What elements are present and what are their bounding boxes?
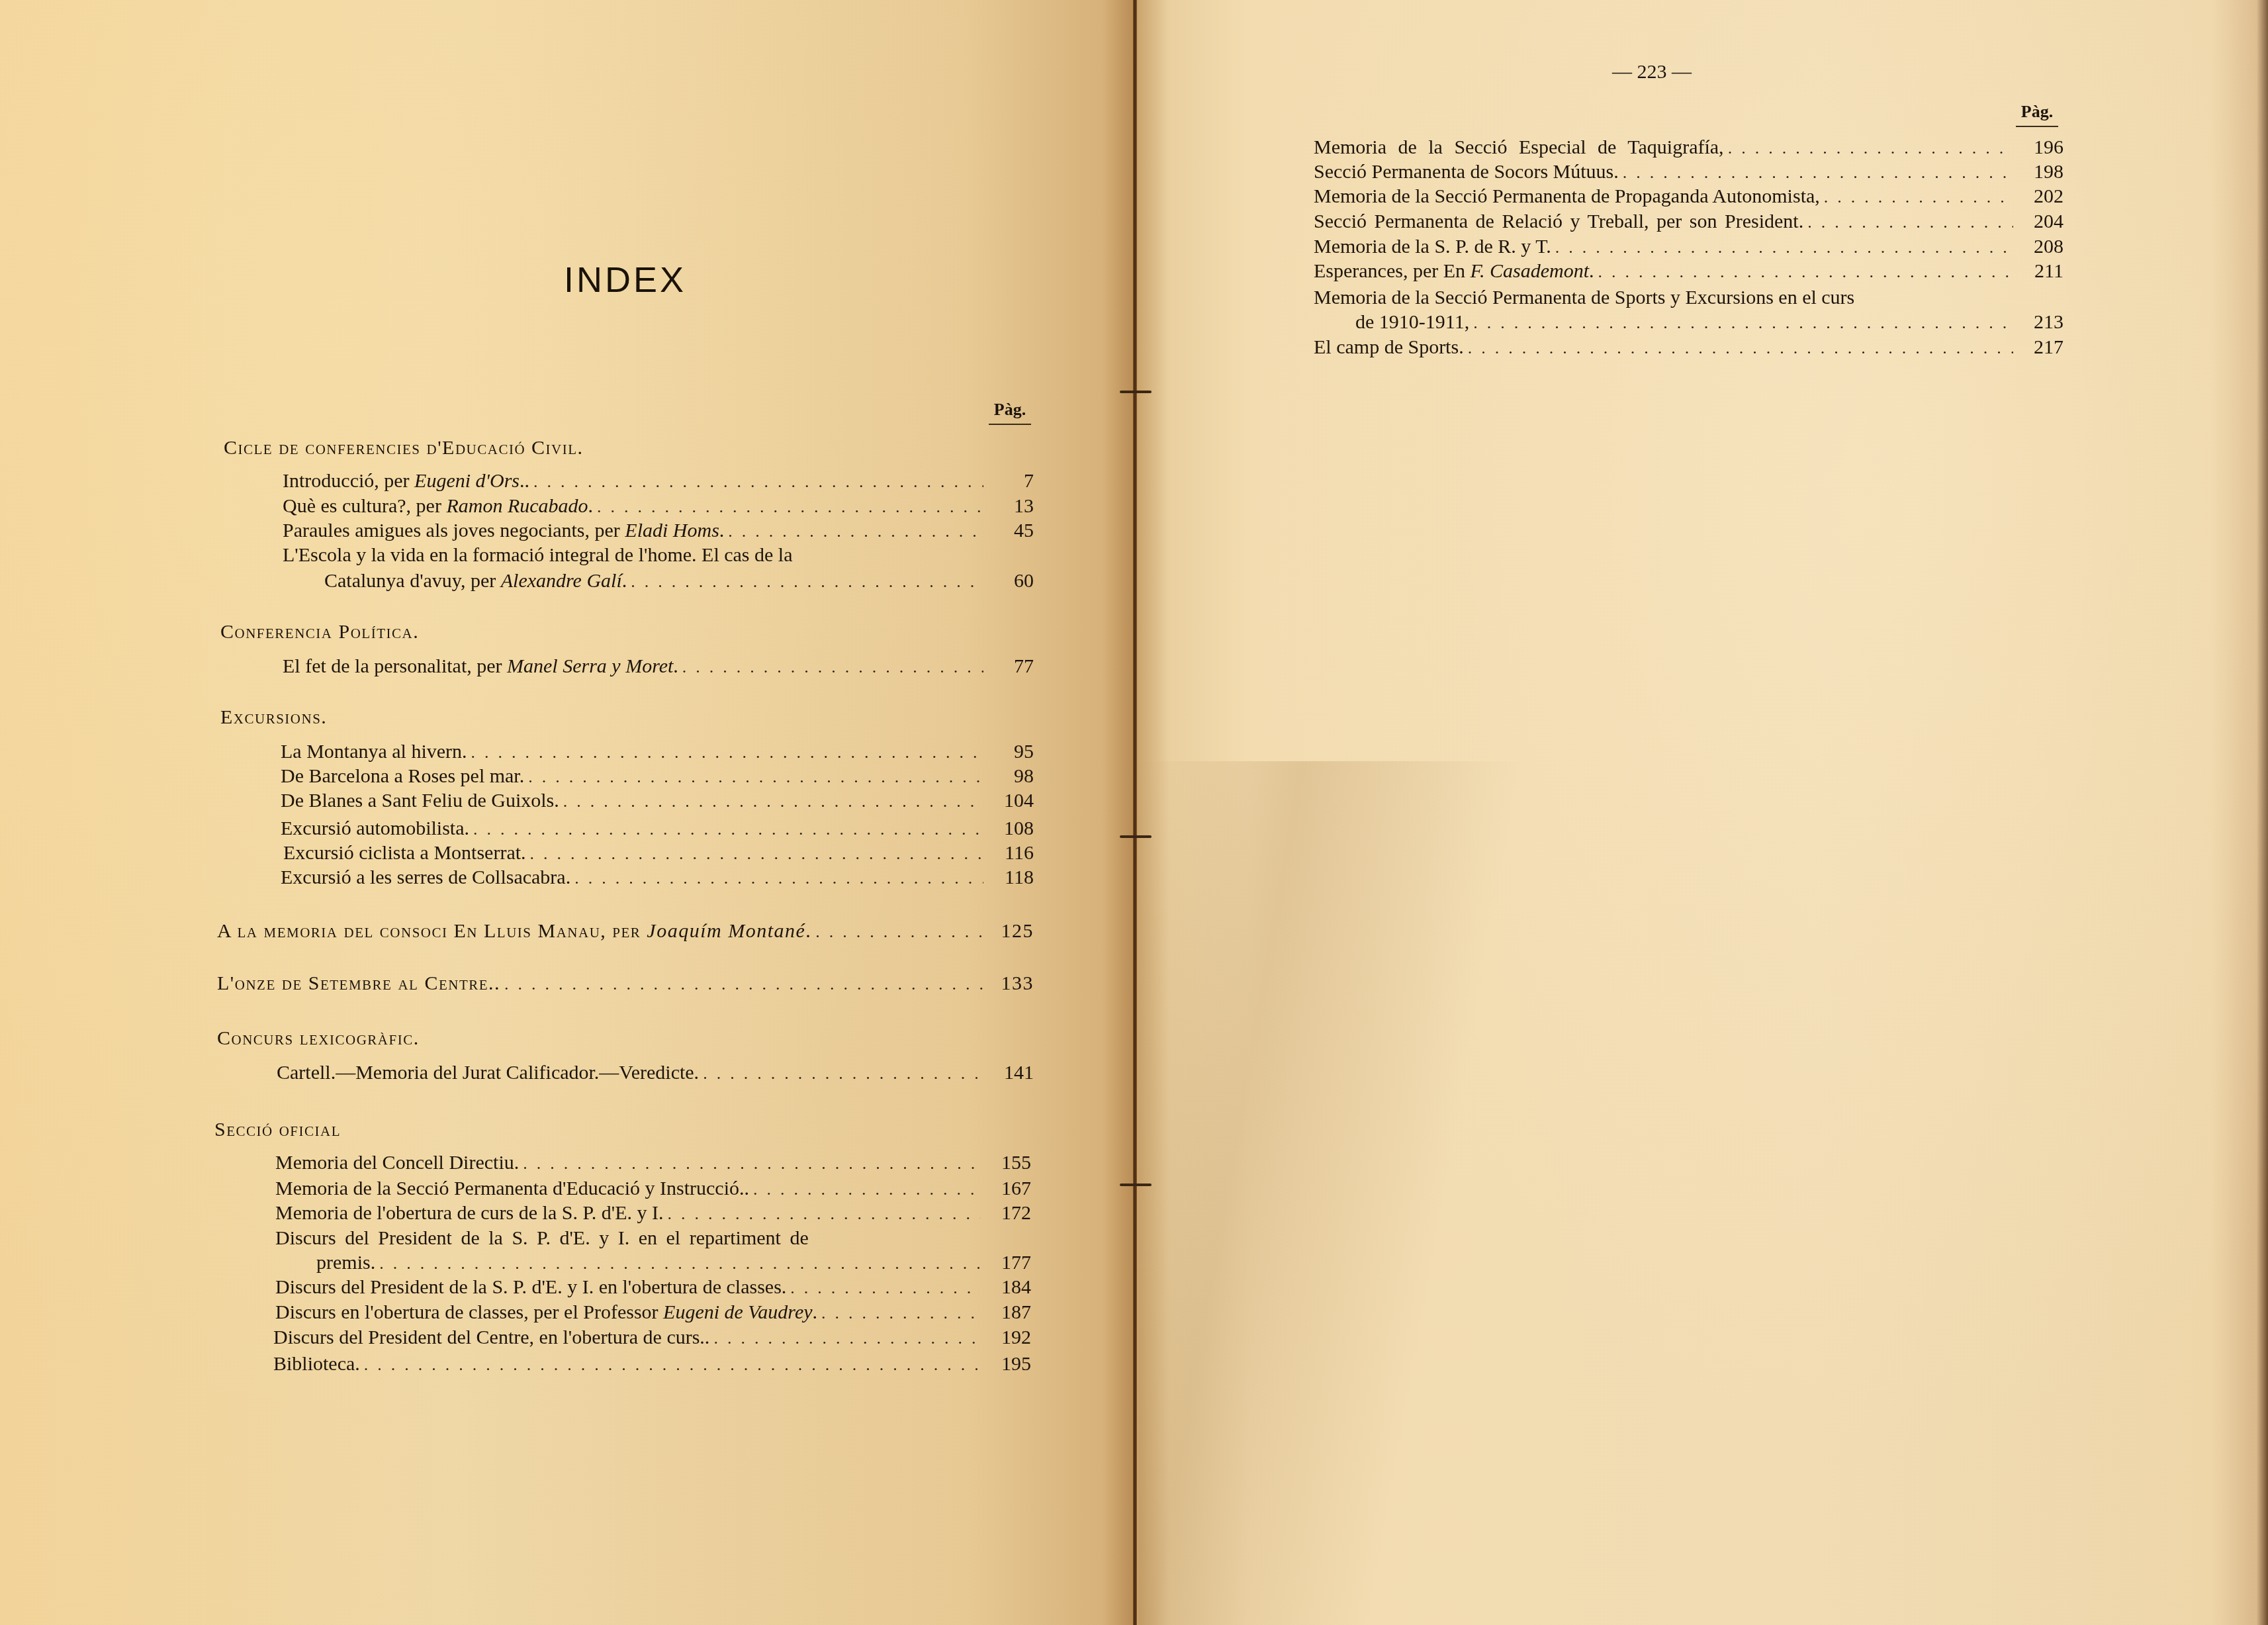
binding-stitch (1120, 835, 1152, 838)
dot-leader: ........................................… (753, 1180, 981, 1199)
entry-title: De Blanes a Sant Feliu de Guixols. (281, 790, 559, 812)
entry-title: L'onze de Setembre al Centre.. (217, 972, 500, 995)
dot-leader: ........................................… (1728, 138, 2013, 158)
entry-author: Ramon Rucabado (446, 495, 588, 517)
page-number: 108 (987, 817, 1034, 840)
entry-title: El camp de Sports. (1314, 336, 1464, 359)
entry-title: A la memoria del consoci En Lluis Manau,… (217, 920, 647, 942)
entry-title: de 1910-1911, (1355, 311, 1469, 334)
entry-title: L'Escola y la vida en la formació integr… (283, 544, 793, 567)
entry-title: Memoria de la Secció Permanenta de Propa… (1314, 185, 1820, 208)
dot-leader: ........................................… (1598, 262, 2013, 282)
entry-title: Memoria de la Secció Especial de Taquigr… (1314, 136, 1724, 159)
entry-title: La Montanya al hivern. (281, 741, 467, 763)
binding-stitch (1120, 391, 1152, 393)
entry-punct: . (805, 920, 811, 942)
dot-leader: ........................................… (815, 922, 983, 942)
dot-leader: ........................................… (1824, 187, 2013, 207)
dot-leader: ........................................… (821, 1303, 981, 1323)
entry-punct: . (673, 655, 678, 677)
binding-stitch (1120, 1184, 1152, 1186)
toc-entry[interactable]: Discurs del President del Centre, en l'o… (273, 1326, 1031, 1349)
entry-title: Paraules amigues als joves negociants, p… (283, 520, 625, 541)
entry-author: Eladi Homs (625, 520, 719, 541)
page-number: 141 (987, 1062, 1034, 1084)
toc-entry[interactable]: Memoria del Concell Directiu. ..........… (275, 1152, 1031, 1174)
page-number: 125 (987, 920, 1034, 943)
entry-author: Manel Serra y Moret (507, 655, 673, 677)
page-number: 116 (987, 842, 1034, 864)
entry-title: Discurs del President de la S. P. d'E. y… (275, 1227, 809, 1250)
toc-entry[interactable]: Excursió a les serres de Collsacabra. ..… (281, 866, 1034, 889)
entry-title: Memoria de la Secció Permanenta d'Educac… (275, 1178, 749, 1200)
toc-entry[interactable]: El fet de la personalitat, per Manel Ser… (283, 655, 1034, 678)
dot-leader: ........................................… (471, 743, 983, 763)
toc-entry[interactable]: Memoria de la Secció Permanenta de Propa… (1314, 185, 2064, 208)
entry-title: Discurs en l'obertura de classes, per el… (275, 1301, 663, 1323)
entry-title: El fet de la personalitat, per (283, 655, 507, 677)
page-number: 208 (2017, 236, 2064, 258)
page-number: 98 (987, 765, 1034, 788)
dot-leader: ........................................… (1623, 163, 2013, 183)
entry-title: Memoria de la S. P. de R. y T. (1314, 236, 1551, 258)
dot-leader: ........................................… (728, 522, 983, 541)
page-column-label: Pàg. (989, 400, 1031, 425)
dot-leader: ........................................… (1473, 313, 2013, 333)
page-number: 213 (2017, 311, 2064, 334)
entry-punct: . (622, 570, 627, 592)
dot-leader: ........................................… (523, 1154, 981, 1174)
entry-punct: .. (520, 470, 529, 492)
page-number: 195 (985, 1353, 1031, 1375)
entry-title: Memoria del Concell Directiu. (275, 1152, 519, 1174)
entry-title: premis. (316, 1252, 375, 1274)
page-number: 77 (987, 655, 1034, 678)
page-number: 204 (2017, 210, 2064, 233)
toc-entry[interactable]: Secció Permanenta de Relació y Treball, … (1314, 210, 2064, 233)
dot-leader: ........................................… (364, 1355, 981, 1375)
section-heading: Secció oficial (214, 1119, 341, 1141)
entry-title: Catalunya d'avuy, per (324, 570, 501, 592)
section-heading: Concurs lexicogràfic. (217, 1027, 420, 1050)
entry-title: Secció Permanenta de Socors Mútuus. (1314, 161, 1619, 183)
toc-entry[interactable]: De Barcelona a Roses pel mar. ..........… (281, 765, 1034, 788)
page-number: 211 (2017, 260, 2064, 283)
dot-leader: ........................................… (631, 572, 983, 592)
page-column-label: Pàg. (2016, 102, 2058, 127)
dot-leader: ........................................… (1468, 338, 2013, 358)
page-number: 13 (987, 495, 1034, 518)
entry-author: Eugeni de Vaudrey (663, 1301, 812, 1323)
toc-entry[interactable]: Introducció, per Eugeni d'Ors.. ........… (283, 470, 1034, 492)
page-number: 172 (985, 1202, 1031, 1225)
entry-author: F. Casademont (1471, 260, 1589, 282)
dot-leader: ........................................… (713, 1328, 981, 1348)
page-number: 95 (987, 741, 1034, 763)
dot-leader: ........................................… (379, 1254, 981, 1274)
page-number: 202 (2017, 185, 2064, 208)
dot-leader: ........................................… (1555, 238, 2013, 257)
page-number: 217 (2017, 336, 2064, 359)
dot-leader: ........................................… (668, 1204, 981, 1224)
entry-title: Excursió ciclista a Montserrat. (283, 842, 526, 864)
entry-title: Memoria de la Secció Permanenta de Sport… (1314, 287, 1854, 309)
dot-leader: ........................................… (682, 657, 983, 677)
entry-title: Discurs del President del Centre, en l'o… (273, 1326, 709, 1349)
toc-entry-continuation[interactable]: de 1910-1911, ..........................… (1355, 311, 2064, 334)
entry-title: De Barcelona a Roses pel mar. (281, 765, 524, 788)
page-number: 177 (985, 1252, 1031, 1274)
section-heading: Excursions. (220, 706, 327, 729)
page-number: 167 (985, 1178, 1031, 1200)
toc-heading-entry[interactable]: A la memoria del consoci En Lluis Manau,… (217, 920, 1034, 943)
page-number: 45 (987, 520, 1034, 542)
book-gutter (1133, 0, 1137, 1625)
dot-leader: ........................................… (473, 819, 983, 839)
dot-leader: ........................................… (563, 792, 983, 812)
dot-leader: ........................................… (1807, 212, 2013, 232)
toc-entry[interactable]: Biblioteca. ............................… (273, 1353, 1031, 1375)
toc-entry-continuation[interactable]: Catalunya d'avuy, per Alexandre Galí. ..… (324, 570, 1034, 592)
toc-entry[interactable]: Excursió automobilista. ................… (281, 817, 1034, 840)
entry-author: Eugeni d'Ors (414, 470, 520, 492)
dot-leader: ........................................… (533, 472, 983, 492)
toc-entry[interactable]: Excursió ciclista a Montserrat. ........… (283, 842, 1034, 864)
dot-leader: ........................................… (528, 767, 983, 787)
entry-author: Alexandre Galí (501, 570, 622, 592)
entry-punct: . (813, 1301, 818, 1323)
toc-entry[interactable]: Secció Permanenta de Socors Mútuus. ....… (1314, 161, 2064, 183)
entry-title: Biblioteca. (273, 1353, 360, 1375)
dot-leader: ........................................… (504, 974, 983, 994)
entry-punct: . (588, 495, 594, 517)
toc-entry-first-line[interactable]: Memoria de la Secció Permanenta de Sport… (1314, 287, 1995, 309)
dot-leader: ........................................… (790, 1278, 981, 1298)
toc-entry[interactable]: De Blanes a Sant Feliu de Guixols. .....… (281, 790, 1034, 812)
toc-entry[interactable]: Memoria de la S. P. de R. y T. .........… (1314, 236, 2064, 258)
page-number: 155 (985, 1152, 1031, 1174)
page-number: 7 (987, 470, 1034, 492)
page-number: 118 (987, 866, 1034, 889)
entry-title: Cartell.—Memoria del Jurat Calificador.—… (277, 1062, 699, 1084)
toc-entry[interactable]: Memoria de la Secció Especial de Taquigr… (1314, 136, 2064, 159)
left-page (0, 0, 1136, 1625)
entry-punct: . (1589, 260, 1594, 282)
page-number: 133 (987, 972, 1034, 995)
entry-title: Memoria de l'obertura de curs de la S. P… (275, 1202, 664, 1225)
toc-heading-entry[interactable]: L'onze de Setembre al Centre.. .........… (217, 972, 1034, 995)
toc-entry[interactable]: La Montanya al hivern. .................… (281, 741, 1034, 763)
entry-author: Joaquím Montané (647, 920, 805, 942)
page-number-folio: — 223 — (1612, 61, 1692, 83)
section-heading: Conferencia Política. (220, 621, 419, 643)
dot-leader: ........................................… (703, 1064, 983, 1084)
index-title: INDEX (564, 259, 686, 301)
entry-title: Introducció, per (283, 470, 414, 492)
entry-title: Discurs del President de la S. P. d'E. y… (275, 1276, 786, 1299)
entry-title: Excursió automobilista. (281, 817, 469, 840)
toc-entry[interactable]: Paraules amigues als joves negociants, p… (283, 520, 1034, 542)
dot-leader: ........................................… (530, 844, 983, 864)
page-number: 196 (2017, 136, 2064, 159)
toc-entry[interactable]: Discurs en l'obertura de classes, per el… (275, 1301, 1031, 1324)
dot-leader: ........................................… (574, 868, 983, 888)
toc-entry[interactable]: El camp de Sports. .....................… (1314, 336, 2064, 359)
entry-title: Secció Permanenta de Relació y Treball, … (1314, 210, 1803, 233)
entry-punct: . (719, 520, 725, 541)
toc-entry-first-line[interactable]: Discurs del President de la S. P. d'E. y… (275, 1227, 954, 1250)
toc-entry[interactable]: Memoria de l'obertura de curs de la S. P… (275, 1202, 1031, 1225)
page-number: 192 (985, 1326, 1031, 1349)
toc-entry-continuation[interactable]: premis. ................................… (316, 1252, 1031, 1274)
toc-entry[interactable]: Esperances, per En F. Casademont. ......… (1314, 260, 2064, 283)
entry-title: Excursió a les serres de Collsacabra. (281, 866, 570, 889)
entry-title: Esperances, per En (1314, 260, 1471, 282)
page-number: 198 (2017, 161, 2064, 183)
toc-entry[interactable]: Cartell.—Memoria del Jurat Calificador.—… (277, 1062, 1034, 1084)
section-heading: Cicle de conferencies d'Educació Civil. (224, 437, 584, 459)
dot-leader: ........................................… (597, 497, 983, 517)
page-number: 184 (985, 1276, 1031, 1299)
entry-title: Què es cultura?, per (283, 495, 446, 517)
page-number: 187 (985, 1301, 1031, 1324)
page-number: 104 (987, 790, 1034, 812)
toc-entry-first-line[interactable]: L'Escola y la vida en la formació integr… (283, 544, 984, 567)
toc-entry[interactable]: Discurs del President de la S. P. d'E. y… (275, 1276, 1031, 1299)
page-number: 60 (987, 570, 1034, 592)
toc-entry[interactable]: Memoria de la Secció Permanenta d'Educac… (275, 1178, 1031, 1200)
toc-entry[interactable]: Què es cultura?, per Ramon Rucabado. ...… (283, 495, 1034, 518)
